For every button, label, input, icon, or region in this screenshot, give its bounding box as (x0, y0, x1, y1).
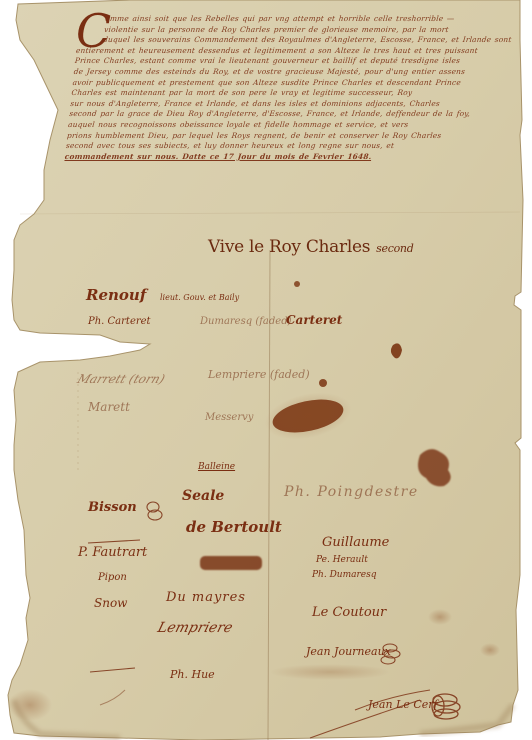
signature: Jean Le Cerf (368, 698, 438, 711)
signature: Bisson (88, 500, 137, 515)
body-line: Prince Charles, estant comme vrai le lie… (74, 56, 517, 67)
body-line: omme ainsi soit que les Rebelles qui par… (79, 14, 522, 25)
body-line: violentie sur la personne de Roy Charles… (78, 25, 521, 36)
body-line: Charles est maintenant par la mort de so… (71, 88, 514, 99)
signature: Seale (182, 488, 224, 504)
signature: Pipon (98, 572, 127, 583)
signature: Ph. Poingdestre (284, 484, 419, 500)
signature: Messervy (205, 412, 253, 423)
body-line: prions humblement Dieu, par lequel les R… (66, 131, 509, 142)
signature: Guillaume (322, 535, 389, 550)
signature: Le Coutour (312, 605, 386, 620)
signature: P. Fautrart (78, 545, 147, 560)
heading-suffix: second (376, 242, 413, 255)
body-line: second avec tous ses subiects, et luy do… (65, 141, 508, 152)
signature: Ph. Hue (170, 668, 215, 681)
signature: Marett (88, 400, 130, 414)
signature: Lempriere (faded) (208, 368, 310, 381)
signature: Snow (94, 596, 127, 610)
body-line: second par la grace de Dieu Roy d'Anglet… (69, 109, 512, 120)
ink-blot-bar (200, 556, 262, 570)
body-line: avoir publicquement et prestement que so… (72, 78, 515, 89)
signature: Lempriere (156, 620, 235, 636)
proclamation-body: omme ainsi soit que les Rebelles qui par… (64, 14, 522, 162)
signature-title: lieut. Gouv. et Baily (160, 293, 239, 302)
signature: de Bertoult (186, 518, 282, 536)
signature: Balleine (198, 462, 235, 472)
signature: Dumaresq (faded) (200, 316, 292, 327)
signature: Ph. Carteret (88, 316, 151, 327)
signature: Ph. Dumaresq (312, 570, 377, 580)
proclamation-heading: Vive le Roy Charlessecond (208, 237, 413, 257)
signature: Du mayres (166, 590, 246, 605)
document-page: C omme ainsi soit que les Rebelles qui p… (0, 0, 532, 740)
signature: Marrett (torn) (75, 372, 166, 386)
signature: Jean Journeaux (306, 645, 391, 658)
signature: Renouf (86, 286, 146, 304)
signature: Pe. Herault (316, 555, 368, 565)
body-line-date: commandement sur nous. Datte ce 17 Jour … (64, 152, 507, 163)
body-line: de Jersey comme des esteinds du Roy, et … (73, 67, 516, 78)
body-line: auquel nous recognoissons obeissance loy… (68, 120, 511, 131)
signature: Carteret (286, 313, 342, 327)
body-line: duquel les souverains Commandement des R… (76, 35, 519, 46)
body-line: sur nous d'Angleterre, France et Irlande… (70, 99, 513, 110)
heading-main: Vive le Roy Charles (208, 237, 370, 257)
body-line: entierement et heureusement dessendus et… (75, 46, 518, 57)
